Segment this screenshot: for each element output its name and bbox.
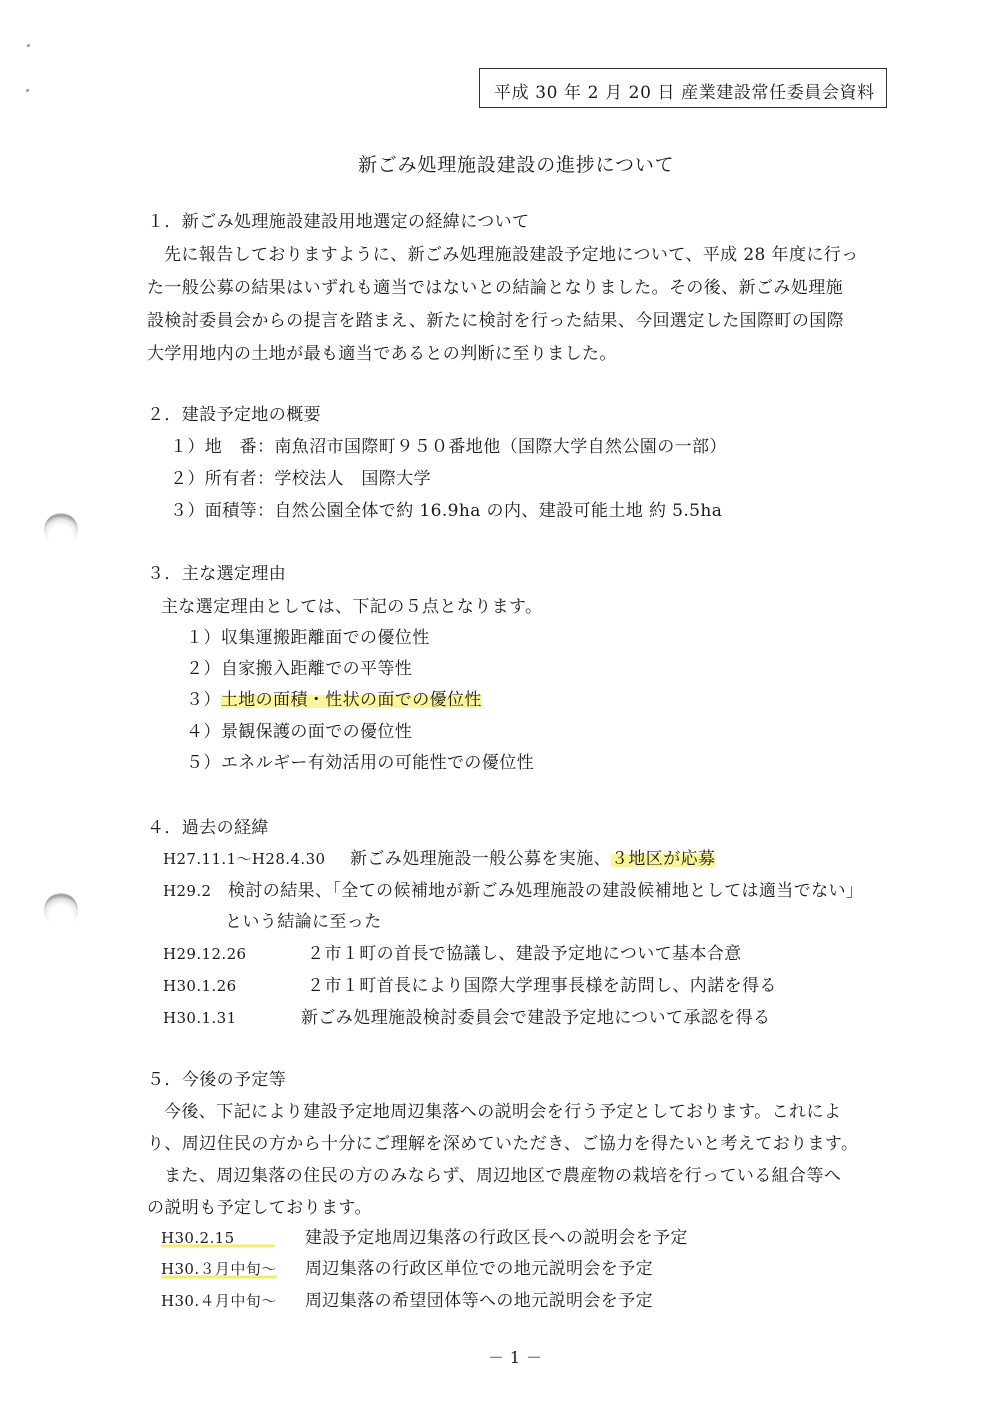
history-text: ２市１町首長により国際大学理事長様を訪問し、内諾を得る (307, 976, 777, 996)
reason-item: ４）景観保護の面での優位性 (186, 722, 412, 742)
history-date: H29.12.26 (163, 944, 246, 964)
section-1-line: 設検討委員会からの提言を踏まえ、新たに検討を行った結果、今回選定した国際町の国際 (147, 311, 844, 331)
reason-text: エネルギー有効活用の可能性での優位性 (221, 753, 534, 773)
reason-number: ５） (186, 753, 221, 773)
section-5-line: り、周辺住民の方から十分にご理解を深めていただき、ご協力を得たいと考えております… (147, 1134, 858, 1154)
reason-text: 自家搬入距離での平等性 (221, 659, 412, 679)
reason-item: ３）土地の面積・性状の面での優位性 (186, 690, 482, 710)
section-5-line: 今後、下記により建設予定地周辺集落への説明会を行う予定としております。これによ (164, 1102, 841, 1122)
schedule-date-underlined: H30.2.15 (161, 1228, 275, 1248)
reason-number: １） (186, 628, 221, 648)
section-4-heading: ４．過去の経緯 (147, 818, 269, 838)
page-number: － 1 － (488, 1348, 542, 1368)
header-box: 平成 30 年 2 月 20 日 産業建設常任委員会資料 (479, 68, 887, 108)
scan-speck (27, 44, 30, 47)
history-date: H30.1.31 (163, 1008, 237, 1028)
section-3-heading: ３．主な選定理由 (147, 564, 286, 584)
history-text-continuation: という結論に至った (225, 912, 382, 932)
reason-item: １）収集運搬距離面での優位性 (186, 628, 430, 648)
history-text: ２市１町の首長で協議し、建設予定地について基本合意 (307, 944, 742, 964)
page-title: 新ごみ処理施設建設の進捗について (358, 150, 674, 177)
schedule-text: 建設予定地周辺集落の行政区長への説明会を予定 (305, 1228, 688, 1248)
reason-text: 景観保護の面での優位性 (221, 722, 412, 742)
history-date: H29.2 (163, 881, 211, 901)
history-text-highlighted: ３地区が応募 (611, 849, 715, 869)
scan-speck (26, 89, 29, 92)
schedule-text: 周辺集落の行政区単位での地元説明会を予定 (305, 1259, 653, 1279)
history-date: H30.1.26 (163, 976, 237, 996)
history-date: H27.11.1～H28.4.30 (163, 849, 325, 869)
section-5-line: また、周辺集落の住民の方のみならず、周辺地区で農産物の栽培を行っている組合等へ (164, 1166, 841, 1186)
history-text-main: 新ごみ処理施設一般公募を実施、 (350, 849, 611, 869)
section-1-heading: １．新ごみ処理施設建設用地選定の経緯について (147, 212, 529, 232)
schedule-date-underlined: H30.３月中旬～ (161, 1259, 277, 1279)
header-text: 平成 30 年 2 月 20 日 産業建設常任委員会資料 (494, 78, 875, 103)
history-text: 新ごみ処理施設一般公募を実施、３地区が応募 (350, 849, 715, 869)
reason-number: ２） (186, 659, 221, 679)
history-text: 新ごみ処理施設検討委員会で建設予定地について承認を得る (301, 1008, 770, 1028)
section-1-line: 先に報告しておりますように、新ごみ処理施設建設予定地について、平成 28 年度に… (164, 245, 859, 265)
site-item: １）地 番：南魚沼市国際町９５０番地他（国際大学自然公園の一部） (170, 437, 727, 457)
reason-text-highlighted: 土地の面積・性状の面での優位性 (221, 690, 482, 710)
reason-number: ３） (186, 690, 221, 710)
reason-item: ２）自家搬入距離での平等性 (186, 659, 412, 679)
section-1-line: 大学用地内の土地が最も適当であるとの判断に至りました。 (147, 344, 617, 364)
reason-text: 収集運搬距離面での優位性 (221, 628, 430, 648)
punch-hole-icon (44, 893, 78, 927)
punch-hole-icon (44, 513, 78, 547)
schedule-text: 周辺集落の希望団体等への地元説明会を予定 (305, 1291, 653, 1311)
section-5-line: の説明も予定しております。 (147, 1198, 372, 1218)
site-item: ２）所有者：学校法人 国際大学 (170, 469, 431, 489)
reason-item: ５）エネルギー有効活用の可能性での優位性 (186, 753, 534, 773)
site-item: ３）面積等：自然公園全体で約 16.9ha の内、建設可能土地 約 5.5ha (170, 501, 722, 521)
history-text: 検討の結果、「全ての候補地が新ごみ処理施設の建設候補地としては適当でない」 (228, 881, 863, 901)
section-5-heading: ５．今後の予定等 (147, 1070, 286, 1090)
section-2-heading: ２．建設予定地の概要 (147, 405, 321, 425)
reason-number: ４） (186, 722, 221, 742)
schedule-date: H30.４月中旬～ (161, 1291, 277, 1311)
section-1-line: た一般公募の結果はいずれも適当ではないとの結論となりました。その後、新ごみ処理施 (147, 278, 843, 298)
section-3-intro: 主な選定理由としては、下記の５点となります。 (161, 597, 542, 617)
